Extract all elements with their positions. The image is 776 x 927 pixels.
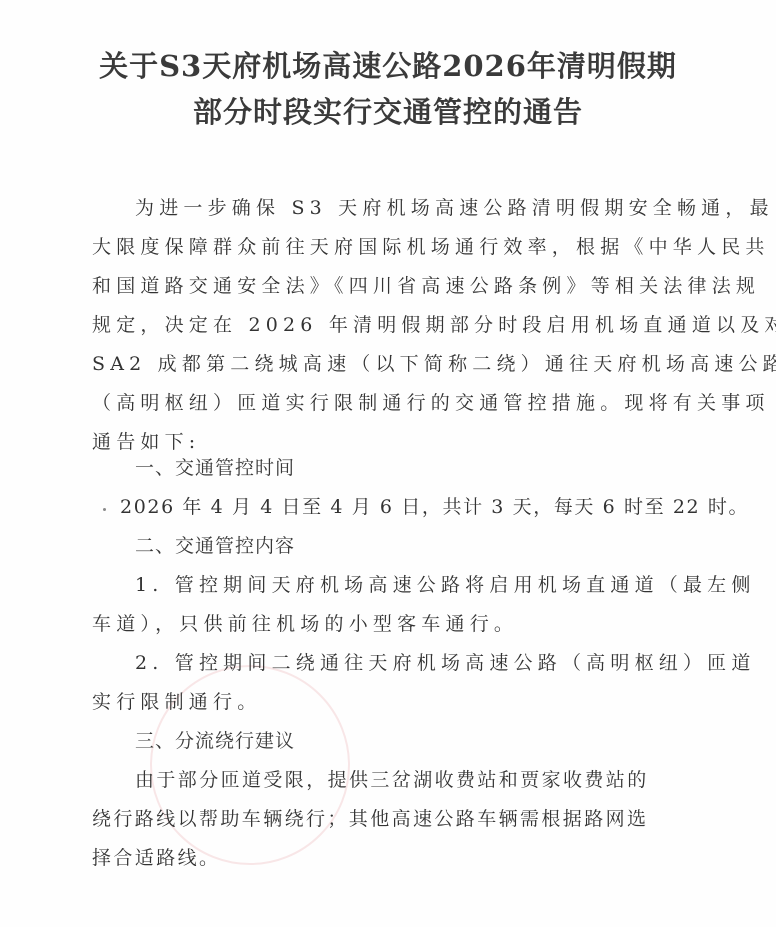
section-heading-time: 一、交通管控时间 bbox=[135, 456, 735, 480]
document-title-line-1: 关于S3天府机场高速公路2026年清明假期 bbox=[0, 44, 776, 85]
intro-line-6: （高明枢纽）匝道实行限制通行的交通管控措施。现将有关事项 bbox=[92, 391, 692, 415]
content-item-2-line-2: 实行限制通行。 bbox=[92, 690, 692, 714]
document-title-line-2: 部分时段实行交通管控的通告 bbox=[0, 90, 776, 131]
detour-line-2: 绕行路线以帮助车辆绕行；其他高速公路车辆需根据路网选 bbox=[92, 807, 692, 831]
section-heading-content: 二、交通管控内容 bbox=[135, 534, 735, 558]
document-page: 关于S3天府机场高速公路2026年清明假期 部分时段实行交通管控的通告 为进一步… bbox=[0, 0, 776, 927]
intro-line-1: 为进一步确保 S3 天府机场高速公路清明假期安全畅通，最 bbox=[135, 196, 735, 220]
content-item-1-line-2: 车道），只供前往机场的小型客车通行。 bbox=[92, 612, 692, 636]
section-time-line-1: 2026 年 4 月 4 日至 4 月 6 日，共计 3 天，每天 6 时至 2… bbox=[120, 495, 720, 519]
detour-line-1: 由于部分匝道受限，提供三岔湖收费站和贾家收费站的 bbox=[135, 768, 735, 792]
intro-line-5: SA2 成都第二绕城高速（以下简称二绕）通往天府机场高速公路 bbox=[92, 352, 692, 376]
scan-speck bbox=[103, 508, 106, 511]
detour-line-3: 择合适路线。 bbox=[92, 846, 692, 870]
intro-line-3: 和国道路交通安全法》《四川省高速公路条例》等相关法律法规 bbox=[92, 274, 692, 298]
section-heading-detour: 三、分流绕行建议 bbox=[135, 729, 735, 753]
content-item-1-line-1: 1. 管控期间天府机场高速公路将启用机场直通道（最左侧 bbox=[135, 573, 735, 597]
intro-line-4: 规定，决定在 2026 年清明假期部分时段启用机场直通道以及对 bbox=[92, 313, 692, 337]
content-item-2-line-1: 2. 管控期间二绕通往天府机场高速公路（高明枢纽）匝道 bbox=[135, 651, 735, 675]
intro-line-2: 大限度保障群众前往天府国际机场通行效率，根据《中华人民共 bbox=[92, 235, 692, 259]
intro-line-7: 通告如下: bbox=[92, 430, 692, 454]
